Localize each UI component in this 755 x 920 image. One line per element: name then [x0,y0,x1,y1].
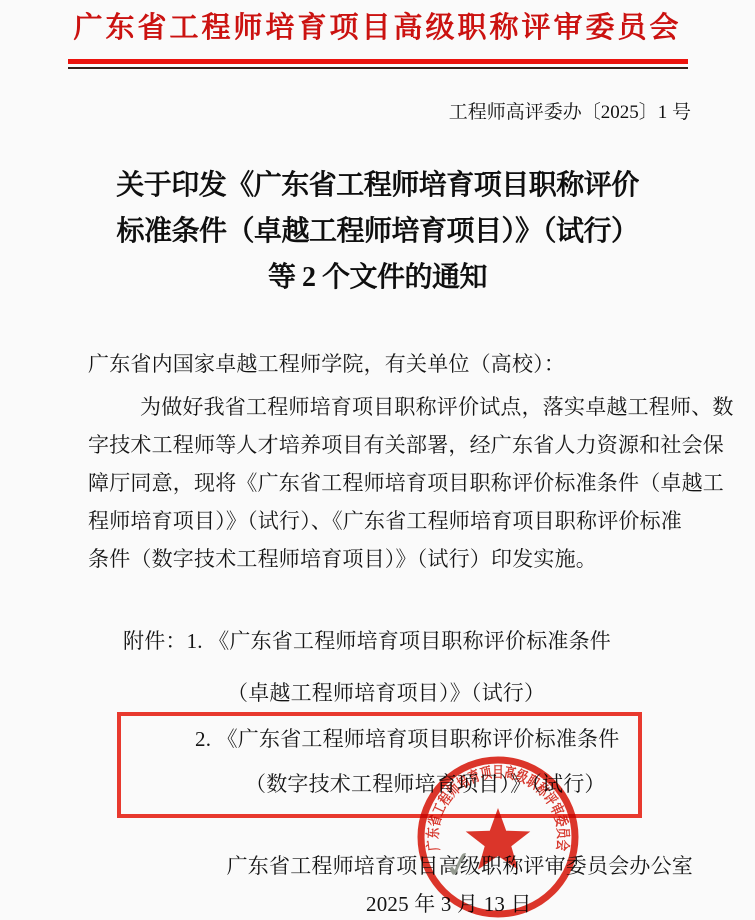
official-seal: 广东省工程师培育项目高级职称评审委员会 [413,752,583,920]
document-title-line-1: 关于印发《广东省工程师培育项目职称评价 [0,172,755,200]
paragraph-line: 为做好我省工程师培育项目职称评价试点，落实卓越工程师、数 [140,397,734,418]
header-divider-red-line [68,59,688,64]
salutation: 广东省内国家卓越工程师学院，有关单位（高校）： [88,354,565,375]
attachment-item-1-line-1: 附件：1. 《广东省工程师培育项目职称评价标准条件 [123,631,611,652]
committee-header: 广东省工程师培育项目高级职称评审委员会 [0,14,755,43]
document-page: 广东省工程师培育项目高级职称评审委员会 工程师高评委办〔2025〕1 号 关于印… [0,0,755,920]
attachment-item-2-line-1: 2. 《广东省工程师培育项目职称评价标准条件 [195,729,619,750]
document-number: 工程师高评委办〔2025〕1 号 [449,103,691,122]
paragraph-line: 条件（数字技术工程师培育项目）》（试行）印发实施。 [88,549,597,570]
header-divider-thin-line [68,67,688,69]
paragraph-line: 字技术工程师等人才培养项目有关部署，经广东省人力资源和社会保 [88,435,724,456]
attachment-item-1-line-2: （卓越工程师培育项目）》（试行） [227,683,545,704]
paragraph-line: 程师培育项目）》（试行）、《广东省工程师培育项目职称评价标准 [88,511,682,532]
document-title-line-2: 标准条件（卓越工程师培育项目）》（试行） [0,218,755,246]
document-title-line-3: 等 2 个文件的通知 [0,264,755,292]
paragraph-line: 障厅同意，现将《广东省工程师培育项目职称评价标准条件（卓越工 [88,473,724,494]
seal-star-icon [466,808,531,870]
